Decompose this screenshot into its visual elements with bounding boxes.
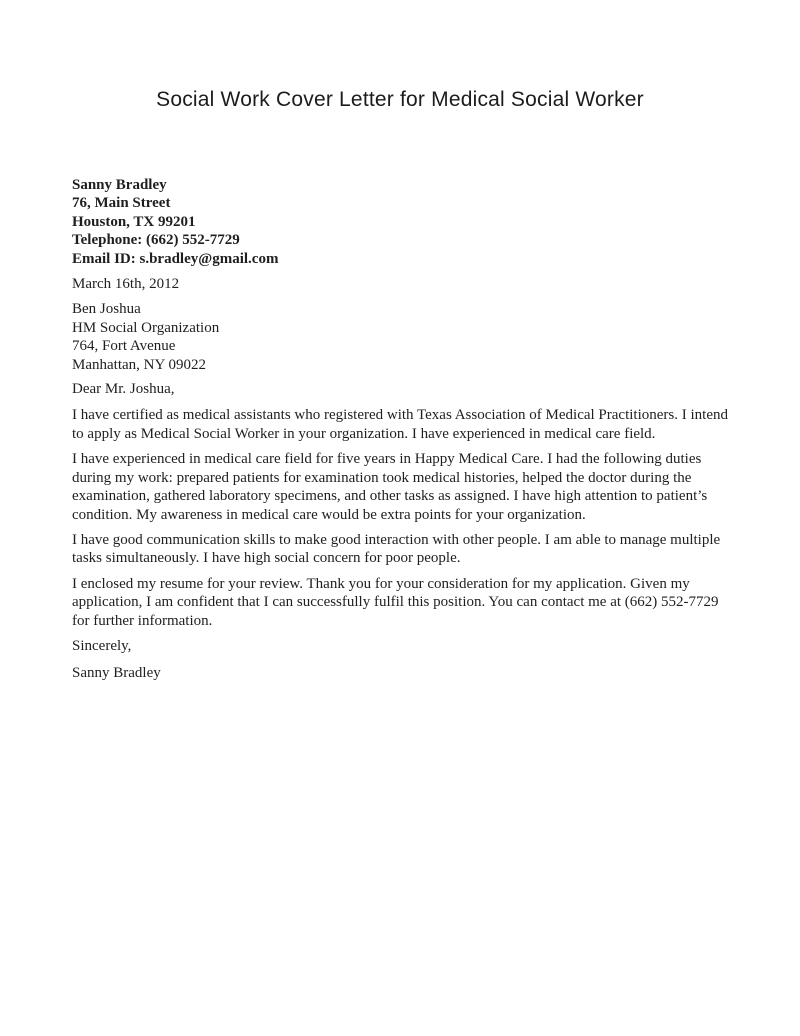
body-paragraph: I have certified as medical assistants w…: [72, 406, 732, 443]
recipient-city: Manhattan, NY 09022: [72, 356, 732, 374]
body-paragraph: I enclosed my resume for your review. Th…: [72, 575, 732, 630]
sender-street: 76, Main Street: [72, 194, 732, 212]
date-line: March 16th, 2012: [72, 275, 732, 293]
sender-block: Sanny Bradley 76, Main Street Houston, T…: [72, 176, 732, 268]
recipient-name: Ben Joshua: [72, 300, 732, 318]
sender-city: Houston, TX 99201: [72, 213, 732, 231]
sender-telephone: Telephone: (662) 552-7729: [72, 231, 732, 249]
sender-name: Sanny Bradley: [72, 176, 732, 194]
body-paragraph: I have good communication skills to make…: [72, 531, 732, 568]
recipient-street: 764, Fort Avenue: [72, 337, 732, 355]
recipient-organization: HM Social Organization: [72, 319, 732, 337]
page-title: Social Work Cover Letter for Medical Soc…: [0, 88, 800, 112]
sender-email: Email ID: s.bradley@gmail.com: [72, 250, 732, 268]
body-paragraph: I have experienced in medical care field…: [72, 450, 732, 524]
salutation: Dear Mr. Joshua,: [72, 380, 732, 398]
recipient-block: Ben Joshua HM Social Organization 764, F…: [72, 300, 732, 374]
signature: Sanny Bradley: [72, 664, 732, 682]
closing: Sincerely,: [72, 637, 732, 655]
letter-body: Sanny Bradley 76, Main Street Houston, T…: [72, 176, 732, 683]
document-page: Social Work Cover Letter for Medical Soc…: [0, 0, 800, 1036]
